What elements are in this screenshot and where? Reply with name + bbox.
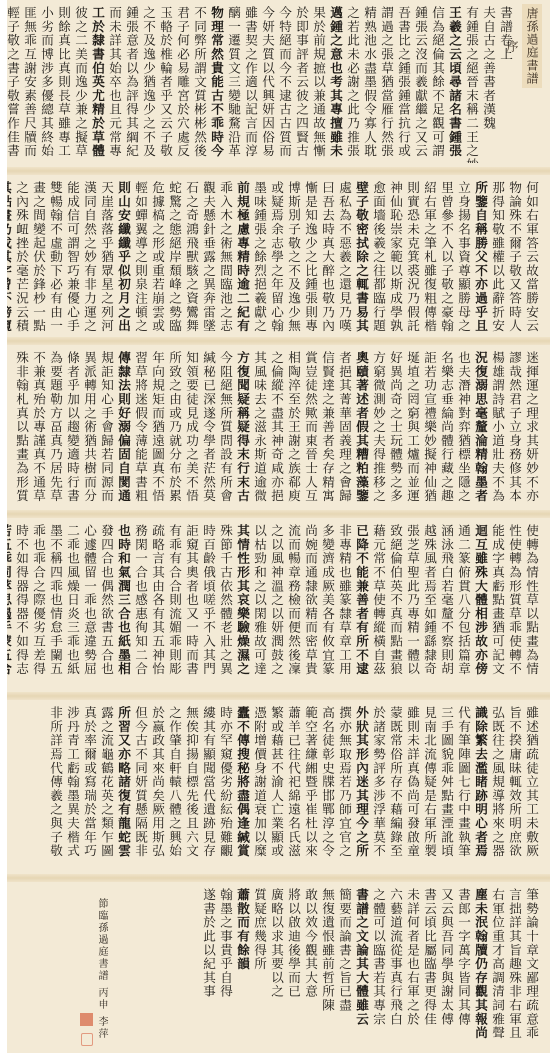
text-column: 方復聞疑稱疑得末行末古 bbox=[234, 351, 251, 506]
text-column: 雙暢翰不虛動下必有由一 bbox=[47, 181, 64, 333]
text-column: 乖也乖合之際優劣互差得 bbox=[30, 524, 47, 688]
text-column: 慚是知逸少之比鍾張則專 bbox=[302, 181, 319, 333]
text-column: 其情性形其哀樂驗燥濕之 bbox=[234, 524, 251, 688]
text-column: 時不如得器得器不如得志 bbox=[13, 524, 30, 688]
text-column: 涉丹青工虧翰墨異夫楷式 bbox=[64, 706, 81, 870]
text-column: 條者乎加以趨變適時行書 bbox=[64, 351, 81, 506]
text-column: 玉輅於椎輪者乎又云子敬 bbox=[157, 6, 174, 163]
text-column: 言拙詳其旨趣殊非右軍且 bbox=[506, 888, 523, 1049]
text-column: 傳隸法則好溺偏固自閡通 bbox=[115, 351, 132, 506]
panel-seam bbox=[7, 874, 550, 882]
text-column: 何如右軍答云故當勝安云 bbox=[523, 181, 540, 333]
text-column: 果於前規摭以兼通故無慚 bbox=[310, 6, 327, 163]
text-column: 真於率爾或寫瑞於當年巧 bbox=[81, 706, 98, 870]
text-column: 越殊風者焉至如鍾繇隸奇 bbox=[421, 524, 438, 688]
text-column: 張芝草聖此乃專精一體以 bbox=[404, 524, 421, 688]
text-column: 未詳何者是也右軍之於 bbox=[404, 888, 421, 1049]
text-column: 今妍夫質以代興妍因俗易 bbox=[259, 6, 276, 163]
text-column: 雖則未詳真偽尚可發啟童 bbox=[404, 706, 421, 870]
text-column: 將以啟迪後學而已 bbox=[285, 888, 302, 1049]
text-column: 為要題勒方畐真乃居先草 bbox=[47, 351, 64, 506]
text-column: 則餘真比真則長草雖專工 bbox=[55, 6, 72, 163]
panel-seam bbox=[7, 692, 550, 700]
scroll-panel-4: 使轉為情性草以點畫為情性使轉為形質草乖使轉不能成字真虧點畫猶可記文迴互雖殊大體相… bbox=[7, 518, 550, 692]
text-column: 匪無乖互謝安素善尺牘而 bbox=[21, 6, 38, 163]
text-column: 習草將迷假令薄能草書粗 bbox=[132, 351, 149, 506]
text-column: 緘秘已深遂令學者茫然莫 bbox=[200, 351, 217, 506]
text-column: 於嬴政其來尚矣厥用斯弘 bbox=[149, 706, 166, 870]
text-column: 神仙恥崇家範以斯成學孰 bbox=[387, 181, 404, 333]
text-column: 輕如蟬翼導之則泉注頓之 bbox=[132, 181, 149, 333]
text-column: 規詎知心手會歸若同源而 bbox=[98, 351, 115, 506]
text-column: 壁子敬密拭除之輒書易其 bbox=[353, 181, 370, 333]
text-column: 工於隸書伯英尤精於草體 bbox=[89, 6, 106, 163]
text-column: 迷揮運之理求其妍妙不亦 bbox=[523, 351, 540, 506]
text-column: 吾書比之鍾張鍾當抗行或 bbox=[395, 6, 412, 163]
text-column: 墨不稱四乖也情怠手闌五 bbox=[47, 524, 64, 688]
scroll-panel-1: 唐孫過庭書譜序 書譜卷上夫自古之善書者漢魏有鍾張之絕晉末稱二王之妙王羲之云頃尋諸… bbox=[7, 0, 550, 167]
text-column: 無俟抑揚自標先後且六文 bbox=[183, 706, 200, 870]
text-column: 漢同自然之妙有非力運之 bbox=[81, 181, 98, 333]
text-column: 撰亦無取焉若乃師宜官之 bbox=[336, 706, 353, 870]
text-column: 邁鍾之意也考其專擅雖未 bbox=[327, 6, 344, 163]
text-column: 通二篆俯貫八分包括篇章 bbox=[455, 524, 472, 688]
text-column: 信為絕倫其餘不足觀可謂 bbox=[429, 6, 446, 163]
text-column: 則山安纖纖乎似初月之出 bbox=[115, 181, 132, 333]
text-column: 性使轉為形質草乖使轉不 bbox=[506, 524, 523, 688]
text-column: 墨味鍾張之餘烈挹羲獻之 bbox=[251, 181, 268, 333]
panel-seam bbox=[7, 167, 550, 175]
text-column: 但今古不同妍質懸隔既非 bbox=[132, 706, 149, 870]
text-column: 天崖落落乎猶眾星之列河 bbox=[98, 181, 115, 333]
text-column: 書譜卷上 bbox=[497, 6, 514, 163]
text-column: 石之奇鴻飛獸駭之資鸞舞 bbox=[183, 181, 200, 333]
text-columns: 迷揮運之理求其妍妙不亦謬哉然君子立身務修其本楊雄謂詩賦小道壯夫不為況復溺思毫釐淪… bbox=[13, 351, 540, 506]
text-column: 務閑一合也感惠徇知二合 bbox=[132, 524, 149, 688]
text-column: 非所詳焉代傳羲之與子敬 bbox=[47, 706, 64, 870]
scroll-panel-6: 筆勢論十章文鄙理疏意乖言拙詳其旨趣殊非右軍且右軍位重才高調清詞雅聲塵未泯翰牘仍存… bbox=[7, 882, 550, 1053]
text-column: 能成信可謂智巧兼優心手 bbox=[64, 181, 81, 333]
text-column: 識除繁去濫睹跡明心者焉 bbox=[472, 706, 489, 870]
text-column: 不兼真殆於專謹真不通草 bbox=[30, 351, 47, 506]
text-column: 流而暢章務檢而便然後凜 bbox=[285, 524, 302, 688]
text-column: 非專精也雖篆隸草章工用 bbox=[336, 524, 353, 688]
text-column: 殊非翰札真以點畫為形質 bbox=[13, 351, 30, 506]
text-column: 旨不揆庸昧輒效所明庶欲 bbox=[506, 706, 523, 870]
text-column: 遂書於此以紀其事 bbox=[200, 888, 217, 1049]
text-column: 高名徒彰史牒邯鄲淳之令 bbox=[319, 706, 336, 870]
text-column: 前規極慮專精時逾二紀有 bbox=[234, 181, 251, 333]
text-column: 博斯別子敬之不及逸少無 bbox=[285, 181, 302, 333]
text-column: 代有筆陣圖七行中畫執筆 bbox=[455, 706, 472, 870]
text-column: 相陶淬至於王謝之族郗庾 bbox=[285, 351, 302, 506]
text-column: 有乖有合合則流媚乖則彫 bbox=[166, 524, 183, 688]
text-column: 所鑒自稱勝父不亦過乎且 bbox=[472, 181, 489, 333]
text-column: 之以風神溫之以妍潤鼓之 bbox=[268, 524, 285, 688]
text-column: 簡要而論書之旨已盡 bbox=[336, 888, 353, 1049]
seal-icon bbox=[80, 1013, 93, 1026]
text-column: 楊雄謂詩賦小道壯夫不為 bbox=[489, 351, 506, 506]
text-column: 鍾張意者以為評得其綱紀 bbox=[123, 6, 140, 163]
text-column: 發四合也偶然欲書五合也 bbox=[98, 524, 115, 688]
colophon-signature: 節臨孫過庭書譜 丙申 李萍 bbox=[95, 898, 107, 1048]
seal-icon bbox=[81, 1033, 93, 1046]
text-column: 雖述猶疏徒立其工未敷厥 bbox=[523, 706, 540, 870]
text-column: 愈面墻後羲之往都臨行題 bbox=[370, 181, 387, 333]
text-column: 物論殊不爾子敬又答時人 bbox=[506, 181, 523, 333]
text-column: 所致之由或乃就分布於累 bbox=[166, 351, 183, 506]
text-columns: 雖述猶疏徒立其工未敷厥旨不揆庸昧輒效所明庶欲弘既往之風規導將來之器識除繁去濫睹跡… bbox=[47, 706, 540, 870]
text-column: 已降不能兼善者有所不逮 bbox=[353, 524, 370, 688]
text-column: 於諸家勢評多涉浮華莫不 bbox=[370, 706, 387, 870]
text-column: 乖入木之術無間臨池之志 bbox=[217, 181, 234, 333]
text-column: 也夫潛神對弈猶標坐隱之 bbox=[455, 351, 472, 506]
text-column: 觀夫懸針垂露之異奔雷墜 bbox=[200, 181, 217, 333]
text-column: 小劣而博涉多優總其終始 bbox=[38, 6, 55, 163]
text-column: 書云頃比屬臨書更得佳 bbox=[421, 888, 438, 1049]
text-column: 方窮微測妙之夫得推移之 bbox=[370, 351, 387, 506]
text-column: 夫自古之善書者漢魏 bbox=[480, 6, 497, 163]
panel-seam bbox=[7, 337, 550, 345]
panel-seam bbox=[7, 510, 550, 518]
text-column: 二乖也風燥日炎三乖也紙 bbox=[64, 524, 81, 688]
text-column: 有鍾張之絕晉末稱二王之妙 bbox=[463, 6, 480, 163]
text-column: 詎窺其奧者也又一時而書 bbox=[183, 524, 200, 688]
text-column: 好異尚奇之士玩體勢之多 bbox=[387, 351, 404, 506]
text-column: 知領要徒見成功之美不悟 bbox=[183, 351, 200, 506]
text-column: 翰墨之事貴乎自得 bbox=[217, 888, 234, 1049]
text-column: 所習又亦略諸復有龍蛇雲 bbox=[115, 706, 132, 870]
text-column: 異派轉用之術猶共樹而分 bbox=[81, 351, 98, 506]
scroll-panel-2: 何如右軍答云故當勝安云物論殊不爾子敬又答時人那得知敬雖權以此辭折安所鑒自稱勝父不… bbox=[7, 175, 550, 337]
text-column: 輕子敬之書子敬嘗作佳書 bbox=[7, 6, 21, 163]
text-column: 蕭羊已往代祀綿遠名氏滋 bbox=[285, 706, 302, 870]
text-column: 之作肇自軒轅八體之興始 bbox=[166, 706, 183, 870]
text-column: 而未詳其始卒也且元常專 bbox=[106, 6, 123, 163]
text-columns: 書譜卷上夫自古之善書者漢魏有鍾張之絕晉末稱二王之妙王羲之云頃尋諸名書鍾張信為絕倫… bbox=[7, 6, 514, 163]
calligraphy-scroll: 唐孫過庭書譜序 書譜卷上夫自古之善書者漢魏有鍾張之絕晉末稱二王之妙王羲之云頃尋諸… bbox=[7, 0, 550, 1053]
text-column: 蕭散而有餘韻 bbox=[234, 888, 251, 1049]
text-column: 尚婉而通隸欲精而密草貴 bbox=[302, 524, 319, 688]
text-columns: 何如右軍答云故當勝安云物論殊不爾子敬又答時人那得知敬雖權以此辭折安所鑒自稱勝父不… bbox=[7, 181, 540, 333]
text-column: 曰吾去時真大醉也敬乃內 bbox=[319, 181, 336, 333]
text-column: 者挹其菁華固義理之會歸 bbox=[336, 351, 353, 506]
text-column: 書郎一字萬字皆同其傳 bbox=[455, 888, 472, 1049]
text-column: 六藝道流從事真行飛白 bbox=[387, 888, 404, 1049]
text-column: 繁或藉甚不渝人亡業顯或 bbox=[268, 706, 285, 870]
text-column: 今阻絕無所質問設有所會 bbox=[217, 351, 234, 506]
text-column: 露之流龜鶴花英之類乍圖 bbox=[98, 706, 115, 870]
text-column: 弘既往之風規導將來之器 bbox=[489, 706, 506, 870]
text-column: 見南北流傳疑是右軍所製 bbox=[421, 706, 438, 870]
text-column: 之體可以臨書若其專宗 bbox=[370, 888, 387, 1049]
text-column: 範空著縑緗暨乎崔杜以來 bbox=[302, 706, 319, 870]
text-column: 廣略以求其要以之 bbox=[268, 888, 285, 1049]
text-column: 迴互雖殊大體相涉故亦傍 bbox=[472, 524, 489, 688]
text-column: 蛇驚之態絕岸頹峰之勢臨 bbox=[166, 181, 183, 333]
text-column: 疏略言其由各有其五神怡 bbox=[149, 524, 166, 688]
text-column: 物理常然貴能古不乖時今 bbox=[208, 6, 225, 163]
text-column: 雖書契之作適以記言而淳 bbox=[242, 6, 259, 163]
text-column: 使轉為情性草以點畫為情 bbox=[523, 524, 540, 688]
text-column: 不同弊所謂文質彬彬然後 bbox=[191, 6, 208, 163]
text-column: 況復溺思毫釐淪精翰墨者 bbox=[472, 351, 489, 506]
text-column: 處私為不惡羲之還見乃嘆 bbox=[336, 181, 353, 333]
text-column: 精熟池水盡墨假令寡人耽 bbox=[361, 6, 378, 163]
text-column: 今特絕而今不逮古古質而 bbox=[276, 6, 293, 163]
text-column: 又云與吾同學與謝太傅 bbox=[438, 888, 455, 1049]
text-column: 謬哉然君子立身務修其本 bbox=[506, 351, 523, 506]
text-column: 致絕倫伯英不真而點畫狼 bbox=[387, 524, 404, 688]
text-column: 三手圖貌乖舛點畫湮訛頃 bbox=[438, 706, 455, 870]
text-columns: 使轉為情性草以點畫為情性使轉為形質草乖使轉不能成字真虧點畫猶可記文迴互雖殊大體相… bbox=[7, 524, 540, 688]
text-column: 謂過之張草猶當雁行然張 bbox=[378, 6, 395, 163]
text-column: 詎若功宣禮樂妙擬神仙猶 bbox=[421, 351, 438, 506]
text-column: 塵未泯翰牘仍存觀其報尚 bbox=[472, 888, 489, 1049]
text-column: 質疑庶幾得所 bbox=[251, 888, 268, 1049]
text-column: 彼之二美而逸少兼之擬草 bbox=[72, 6, 89, 163]
scroll-panel-5: 雖述猶疏徒立其工未敷厥旨不揆庸昧輒效所明庶欲弘既往之風規導將來之器識除繁去濫睹跡… bbox=[7, 700, 550, 874]
text-column: 心遽體留一乖也意違勢屈 bbox=[81, 524, 98, 688]
text-column: 危據槁之形或重若崩雲或 bbox=[149, 181, 166, 333]
text-column: 時亦罕窺優劣紛紜殆難覼 bbox=[217, 706, 234, 870]
text-column: 也時和氣潤三合也紙墨相 bbox=[115, 524, 132, 688]
text-column: 醨一遷質文三變馳騖沿革 bbox=[225, 6, 242, 163]
text-column: 立身揚名事資尊顯勝母之 bbox=[455, 181, 472, 333]
text-column: 賞豈徒然歟而東晉士人互 bbox=[302, 351, 319, 506]
text-column: 那得知敬雖權以此辭折安 bbox=[489, 181, 506, 333]
text-column: 敢以效今觀其大意 bbox=[302, 888, 319, 1049]
text-column: 縷其有顯聞當代遺跡見存 bbox=[200, 706, 217, 870]
text-column: 殊節千古依然體老壯之異 bbox=[217, 524, 234, 688]
text-column: 以枯勁和之以閑雅故可達 bbox=[251, 524, 268, 688]
text-column: 之若此未必謝之此乃推張 bbox=[344, 6, 361, 163]
text-column: 外狀其形內迷其理今之所 bbox=[353, 706, 370, 870]
text-column: 藉元常不草使轉縱橫自茲 bbox=[370, 524, 387, 688]
text-column: 蠹不傳搜秘將盡偶逢緘賞 bbox=[234, 706, 251, 870]
text-column: 畫之間變起伏於鋒杪一點 bbox=[30, 181, 47, 333]
text-column: 之不及逸少猶逸少之不及 bbox=[140, 6, 157, 163]
scroll-panel-3: 迷揮運之理求其妍妙不亦謬哉然君子立身務修其本楊雄謂詩賦小道壯夫不為況復溺思毫釐淪… bbox=[7, 345, 550, 510]
text-column: 奧賾著述者假其糟粕藻鑒 bbox=[353, 351, 370, 506]
text-column: 埏埴之罔窮與工爐而並運 bbox=[404, 351, 421, 506]
text-column: 君子何必易雕宮於穴處反 bbox=[174, 6, 191, 163]
text-column: 多變濟成厥美各有攸宜篆 bbox=[319, 524, 336, 688]
text-column: 名樂志垂綸尚體行藏之趣 bbox=[438, 351, 455, 506]
title-label: 唐孫過庭書譜序 bbox=[522, 4, 542, 88]
text-column: 時百齡俄頃嗟乎不入其門 bbox=[200, 524, 217, 688]
text-column: 筆勢論十章文鄙理疏意乖 bbox=[523, 888, 540, 1049]
text-column: 於即事評者云彼之四賢古 bbox=[293, 6, 310, 163]
text-columns: 筆勢論十章文鄙理疏意乖言拙詳其旨趣殊非右軍且右軍位重才高調清詞雅聲塵未泯翰牘仍存… bbox=[137, 888, 540, 1049]
text-column: 紹右軍之筆札雖復粗傳楷 bbox=[421, 181, 438, 333]
text-column: 憑附增價身謝道衰加以糜 bbox=[251, 706, 268, 870]
text-column: 里曾參不入以子敬之豪翰 bbox=[438, 181, 455, 333]
text-column: 之倫縱不盡其神奇咸亦挹 bbox=[268, 351, 285, 506]
text-column: 其風味去之滋永斯道逾微 bbox=[251, 351, 268, 506]
text-column: 蒙既常俗所存不藉編錄至 bbox=[387, 706, 404, 870]
text-column: 年向規矩而猶遠圖真不悟 bbox=[149, 351, 166, 506]
text-column: 右軍位重才高調清詞雅聲 bbox=[489, 888, 506, 1049]
text-column: 或疑焉余志學之年留心翰 bbox=[268, 181, 285, 333]
text-column: 涵泳飛白若毫釐不察則胡 bbox=[438, 524, 455, 688]
text-column: 無復遺恨雖前哲所陳 bbox=[319, 888, 336, 1049]
text-column: 王羲之云頃尋諸名書鍾張 bbox=[446, 6, 463, 163]
text-column: 則實恐未克箕裘況乃假託 bbox=[404, 181, 421, 333]
text-column: 能成字真虧點畫猶可記文 bbox=[489, 524, 506, 688]
text-column: 書譜之文論其大體雖云 bbox=[353, 888, 370, 1049]
text-column: 之內殊衄挫於毫芒況云積 bbox=[13, 181, 30, 333]
text-column: 鍾張云沒而羲獻繼之又云 bbox=[412, 6, 429, 163]
text-column: 信賢達之兼善者矣存精寓 bbox=[319, 351, 336, 506]
